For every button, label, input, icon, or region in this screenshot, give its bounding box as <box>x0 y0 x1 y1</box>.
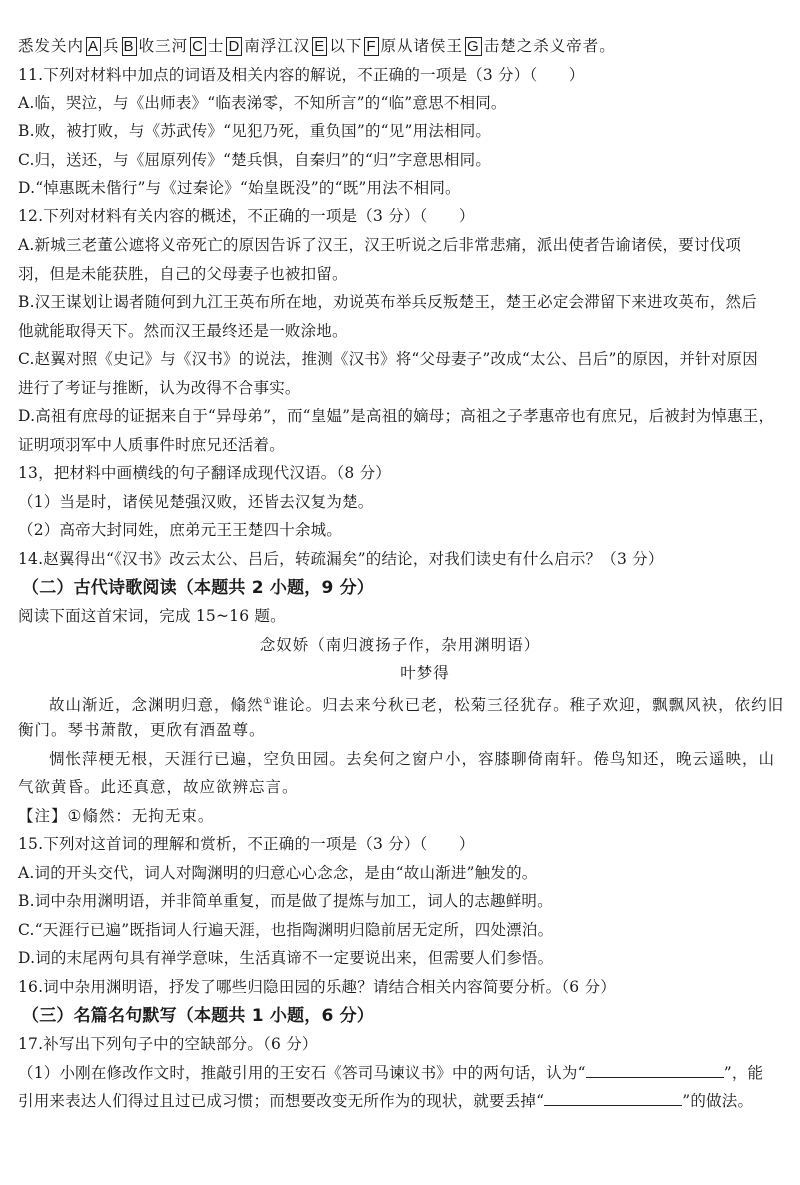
poem-author: 叶梦得 <box>0 663 800 683</box>
text-segment: 士 <box>208 37 225 55</box>
q17-stem: 17.补写出下列句子中的空缺部分。（6 分） <box>18 1034 782 1054</box>
choice-box-e: E <box>312 37 327 56</box>
q14-stem: 14.赵翼得出“《汉书》改云太公、吕后，转疏漏矣”的结论，对我们读史有什么启示？… <box>18 549 782 569</box>
exam-page: 悉发关内A兵B收三河C士D南浮江汉E以下F原从诸侯王G击楚之杀义帝者。 11.下… <box>0 0 800 1185</box>
q12-option-c-line2: 进行了考证与推断，认为改得不合事实。 <box>18 378 782 398</box>
text-segment: 兵 <box>103 37 120 55</box>
text-segment: 击楚之杀义帝者。 <box>484 37 616 55</box>
text-segment: 原从诸侯王 <box>381 37 464 55</box>
choice-box-d: D <box>226 37 242 56</box>
poem-stanza1-line1: 故山渐近，念渊明归意，翛然①谁论。归去来兮秋已老，松菊三径犹存。稚子欢迎，飘飘风… <box>18 692 782 715</box>
section3-heading: （三）名篇名句默写（本题共 1 小题，6 分） <box>22 1006 782 1026</box>
text-segment: 悉发关内 <box>18 37 84 55</box>
choice-box-g: G <box>465 37 482 56</box>
fill-blank-2[interactable] <box>544 1091 682 1106</box>
q13-item-1: （1）当是时，诸侯见楚强汉败，还皆去汉复为楚。 <box>18 492 782 512</box>
q13-stem: 13，把材料中画横线的句子翻译成现代汉语。（8 分） <box>18 463 782 483</box>
q15-stem: 15.下列对这首词的理解和赏析，不正确的一项是（3 分）（ ） <box>18 834 782 854</box>
q12-option-b-line1: B.汉王谋划让谒者随何到九江王英布所在地，劝说英布举兵反叛楚王，楚王必定会滞留下… <box>18 292 782 312</box>
q12-option-d-line2: 证明项羽军中人质事件时庶兄还活着。 <box>18 435 782 455</box>
q11-option-d: D.“悼惠既未偕行”与《过秦论》“始皇既没”的“既”用法不相同。 <box>18 178 782 198</box>
q12-option-d-line1: D.高祖有庶母的证据来自于“异母弟”，而“皇媪”是高祖的嫡母；高祖之子孝惠帝也有… <box>18 406 782 426</box>
q15-option-c: C.“天涯行已遍”既指词人行遍天涯，也指陶渊明归隐前居无定所，四处漂泊。 <box>18 920 782 940</box>
q17-item1-line2: 引用来表达人们得过且过已成习惯；而想要改变无所作为的现状，就要丢掉“”的做法。 <box>18 1091 782 1111</box>
q17-text: 引用来表达人们得过且过已成习惯；而想要改变无所作为的现状，就要丢掉“ <box>18 1092 544 1110</box>
q15-option-b: B.词中杂用渊明语，并非简单重复，而是做了提炼与加工，词人的志趣鲜明。 <box>18 891 782 911</box>
poem-note: 【注】①翛然：无拘无束。 <box>18 806 782 826</box>
choice-box-a: A <box>86 37 101 56</box>
q12-option-a-line2: 羽，但是未能获胜，自己的父母妻子也被扣留。 <box>18 264 782 284</box>
choice-box-c: C <box>190 37 206 56</box>
poem-title: 念奴娇（南归渡扬子作，杂用渊明语） <box>0 635 800 655</box>
q15-option-d: D.词的末尾两句具有禅学意味，生活真谛不一定要说出来，但需要人们参悟。 <box>18 948 782 968</box>
q16-stem: 16.词中杂用渊明语，抒发了哪些归隐田园的乐趣？请结合相关内容简要分析。（6 分… <box>18 977 782 997</box>
q17-text: ”，能 <box>724 1064 764 1082</box>
poem-stanza2-line2: 气欲黄昏。此还真意，故应欲辨忘言。 <box>18 777 782 797</box>
q12-option-a-line1: A.新城三老董公遮将义帝死亡的原因告诉了汉王，汉王听说之后非常悲痛，派出使者告谕… <box>18 235 782 255</box>
poem-text: 故山渐近，念渊明归意，翛然 <box>49 696 264 714</box>
poem-stanza1-line2: 衡门。琴书萧散，更欣有酒盈尊。 <box>18 720 782 740</box>
section2-intro: 阅读下面这首宋词，完成 15~16 题。 <box>18 606 782 626</box>
choice-box-b: B <box>122 37 137 56</box>
passage-punctuation-line: 悉发关内A兵B收三河C士D南浮江汉E以下F原从诸侯王G击楚之杀义帝者。 <box>18 36 782 56</box>
poem-stanza2-line1: 惆怅萍梗无根，天涯行已遍，空负田园。去矣何之窗户小，容膝聊倚南轩。倦鸟知还，晚云… <box>18 749 782 769</box>
q13-item-2: （2）高帝大封同姓，庶弟元王王楚四十余城。 <box>18 520 782 540</box>
fill-blank-1[interactable] <box>586 1063 724 1078</box>
q17-text: （1）小刚在修改作文时，推敲引用的王安石《答司马谏议书》中的两句话，认为“ <box>18 1064 586 1082</box>
choice-box-f: F <box>364 37 378 56</box>
q11-option-a: A.临，哭泣，与《出师表》“临表涕零，不知所言”的“临”意思不相同。 <box>18 93 782 113</box>
q11-stem: 11.下列对材料中加点的词语及相关内容的解说，不正确的一项是（3 分）（ ） <box>18 65 782 85</box>
q17-item1-line1: （1）小刚在修改作文时，推敲引用的王安石《答司马谏议书》中的两句话，认为“”，能 <box>18 1063 782 1083</box>
text-segment: 以下 <box>329 37 362 55</box>
q12-option-b-line2: 他就能取得天下。然而汉王最终还是一败涂地。 <box>18 321 782 341</box>
q12-stem: 12.下列对材料有关内容的概述，不正确的一项是（3 分）（ ） <box>18 206 782 226</box>
q15-option-a: A.词的开头交代，词人对陶渊明的归意心心念念，是由“故山渐进”触发的。 <box>18 863 782 883</box>
q12-option-c-line1: C.赵翼对照《史记》与《汉书》的说法，推测《汉书》将“父母妻子”改成“太公、吕后… <box>18 349 782 369</box>
section2-heading: （二）古代诗歌阅读（本题共 2 小题，9 分） <box>22 578 782 598</box>
poem-text: 谁论。归去来兮秋已老，松菊三径犹存。稚子欢迎，飘飘风袂，依约旧 <box>273 696 785 714</box>
q11-option-b: B.败，被打败，与《苏武传》“见犯乃死，重负国”的“见”用法相同。 <box>18 121 782 141</box>
text-segment: 南浮江汉 <box>244 37 310 55</box>
text-segment: 收三河 <box>139 37 189 55</box>
footnote-marker: ① <box>264 697 273 707</box>
q17-text: ”的做法。 <box>682 1092 753 1110</box>
q11-option-c: C.归，送还，与《屈原列传》“楚兵惧，自秦归”的“归”字意思相同。 <box>18 150 782 170</box>
